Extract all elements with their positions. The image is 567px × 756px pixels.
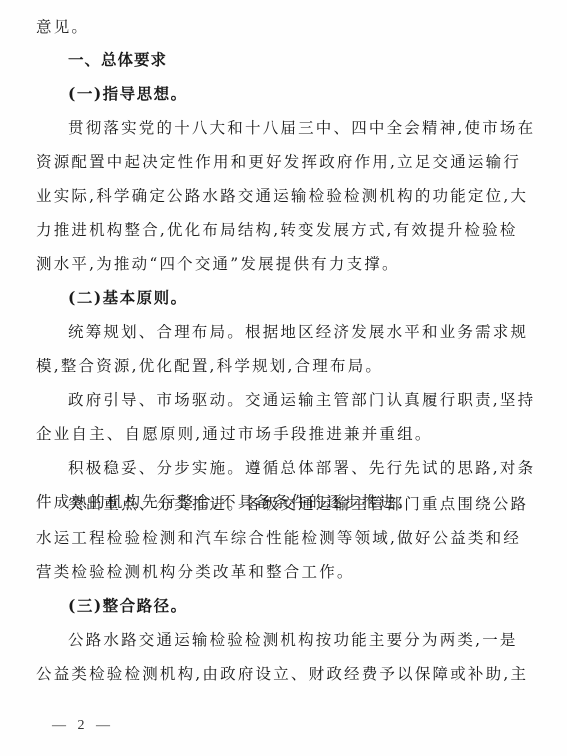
paragraph-line: 政府引导、市场驱动。交通运输主管部门认真履行职责,坚持: [68, 390, 466, 410]
paragraph-line: 突出重点、分类推进。各级交通运输主管部门重点围绕公路: [68, 494, 466, 514]
paragraph-line: 企业自主、自愿原则,通过市场手段推进兼并重组。: [36, 424, 466, 444]
subsection-heading-basic-principles: (二)基本原则。: [68, 288, 498, 308]
paragraph-line: 积极稳妥、分步实施。遵循总体部署、先行先试的思路,对条: [68, 458, 466, 478]
paragraph-line: 营类检验检测机构分类改革和整合工作。: [36, 562, 466, 582]
page-number: — 2 —: [52, 718, 114, 734]
paragraph-line: 业实际,科学确定公路水路交通运输检验检测机构的功能定位,大: [36, 186, 466, 206]
paragraph-line: 统筹规划、合理布局。根据地区经济发展水平和业务需求规: [68, 322, 466, 342]
section-heading-general-requirements: 一、总体要求: [68, 50, 498, 70]
paragraph-line: 测水平,为推动“四个交通”发展提供有力支撑。: [36, 254, 466, 274]
opening-text-tail: 意见。: [36, 17, 466, 37]
paragraph-line: 公益类检验检测机构,由政府设立、财政经费予以保障或补助,主: [36, 664, 466, 684]
subsection-heading-integration-path: (三)整合路径。: [68, 596, 498, 616]
paragraph-line: 公路水路交通运输检验检测机构按功能主要分为两类,一是: [68, 630, 466, 650]
paragraph-line: 模,整合资源,优化配置,科学规划,合理布局。: [36, 356, 466, 376]
paragraph-line: 贯彻落实党的十八大和十八届三中、四中全会精神,使市场在: [68, 118, 466, 138]
paragraph-line: 力推进机构整合,优化布局结构,转变发展方式,有效提升检验检: [36, 220, 466, 240]
paragraph-line: 资源配置中起决定性作用和更好发挥政府作用,立足交通运输行: [36, 152, 466, 172]
paragraph-line: 水运工程检验检测和汽车综合性能检测等领域,做好公益类和经: [36, 528, 466, 548]
subsection-heading-guiding-ideology: (一)指导思想。: [68, 84, 498, 104]
document-page: 意见。 一、总体要求 (一)指导思想。 贯彻落实党的十八大和十八届三中、四中全会…: [0, 0, 567, 756]
